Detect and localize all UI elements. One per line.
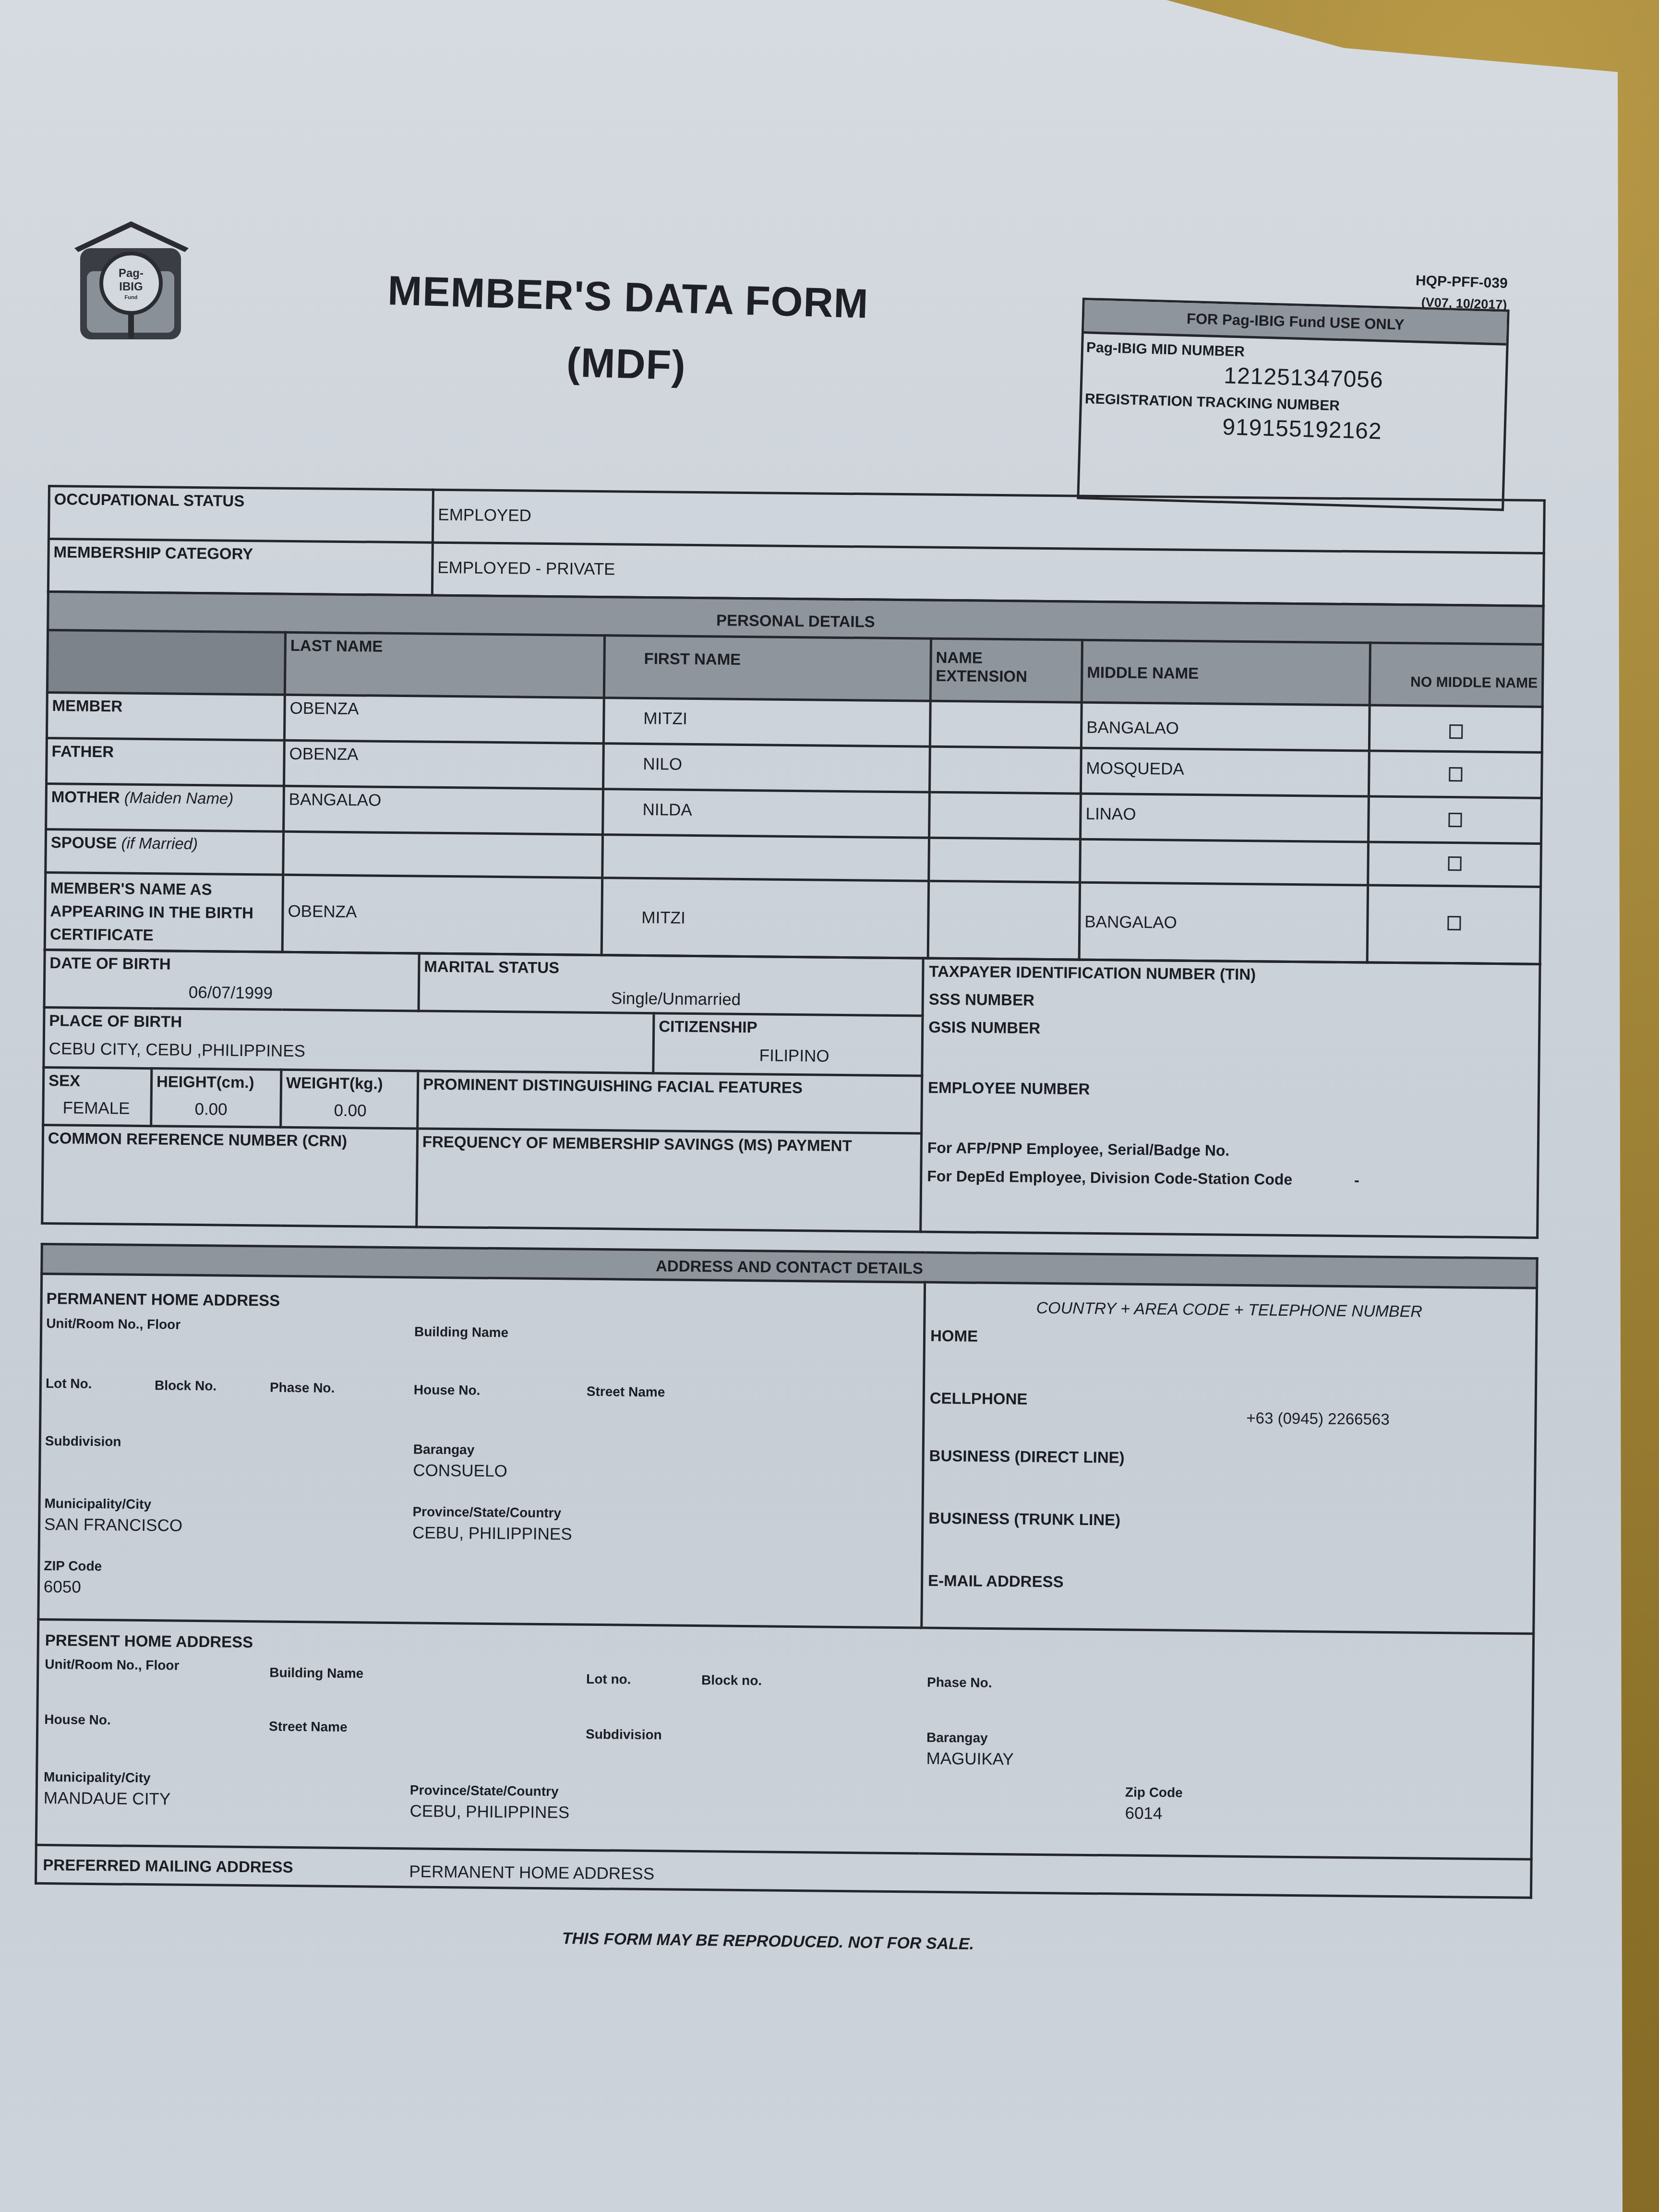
deped-value[interactable]: - <box>1354 1171 1359 1189</box>
personal-details-table: PERSONAL DETAILS LAST NAME FIRST NAME NA… <box>44 590 1545 965</box>
height-cell: HEIGHT(cm.) 0.00 <box>151 1069 281 1128</box>
citizenship-label: CITIZENSHIP <box>659 1017 917 1038</box>
sex-cell: SEX FEMALE <box>43 1067 152 1126</box>
marital-status-value[interactable]: Single/Unmarried <box>424 976 918 1011</box>
paper-form: Pag- IBIG Fund MEMBER'S DATA FORM (MDF) … <box>0 0 1623 2212</box>
citizenship-value[interactable]: FILIPINO <box>659 1035 918 1067</box>
bc-first-name[interactable]: MITZI <box>601 878 929 959</box>
title-abbreviation: (MDF) <box>361 333 890 396</box>
no-middle-name-checkbox-member[interactable] <box>1449 724 1463 739</box>
perm-province-value[interactable]: CEBU, PHILIPPINES <box>412 1523 572 1544</box>
afp-pnp-label: For AFP/PNP Employee, Serial/Badge No. <box>927 1139 1532 1163</box>
pres-province-label: Province/State/Country <box>410 1782 559 1799</box>
col-last-name: LAST NAME <box>285 632 604 697</box>
col-no-middle-name: NO MIDDLE NAME <box>1370 643 1543 707</box>
gsis-label: GSIS NUMBER <box>928 1018 1533 1042</box>
title-main: MEMBER'S DATA FORM <box>387 267 869 327</box>
government-ids-cell: TAXPAYER IDENTIFICATION NUMBER (TIN) SSS… <box>921 958 1540 1238</box>
names-corner <box>47 630 285 695</box>
crn-label: COMMON REFERENCE NUMBER (CRN) <box>48 1129 412 1151</box>
reproduction-notice: THIS FORM MAY BE REPRODUCED. NOT FOR SAL… <box>504 1928 1032 1954</box>
spouse-middle-name[interactable] <box>1080 839 1369 885</box>
bc-middle-name[interactable]: BANGALAO <box>1079 882 1368 962</box>
perm-zip-value[interactable]: 6050 <box>44 1577 81 1597</box>
bc-name-extension[interactable] <box>928 881 1080 960</box>
facial-features-cell: PROMINENT DISTINGUISHING FACIAL FEATURES <box>418 1071 922 1133</box>
preferred-mailing-value[interactable]: PERMANENT HOME ADDRESS <box>409 1862 654 1884</box>
svg-text:Pag-: Pag- <box>119 267 144 280</box>
pres-barangay-value[interactable]: MAGUIKAY <box>926 1749 1014 1769</box>
marital-status-cell: MARITAL STATUS Single/Unmarried <box>419 953 923 1016</box>
perm-phase-label: Phase No. <box>270 1380 335 1396</box>
father-last-name[interactable]: OBENZA <box>284 740 604 789</box>
pres-zip-value[interactable]: 6014 <box>1125 1804 1162 1824</box>
weight-value[interactable]: 0.00 <box>286 1092 413 1121</box>
crn-cell: COMMON REFERENCE NUMBER (CRN) <box>42 1125 418 1226</box>
mother-first-name[interactable]: NILDA <box>603 789 930 838</box>
no-middle-name-checkbox-birth-certificate[interactable] <box>1447 916 1461 930</box>
ms-frequency-cell: FREQUENCY OF MEMBERSHIP SAVINGS (MS) PAY… <box>417 1129 922 1232</box>
pres-subdivision-label: Subdivision <box>586 1727 662 1743</box>
sex-label: SEX <box>48 1071 146 1091</box>
pres-municipality-value[interactable]: MANDAUE CITY <box>44 1789 171 1809</box>
pres-unit-label: Unit/Room No., Floor <box>45 1657 179 1673</box>
personal-info-table: DATE OF BIRTH 06/07/1999 MARITAL STATUS … <box>41 949 1541 1239</box>
row-label-spouse: SPOUSE (if Married) <box>46 829 284 875</box>
weight-cell: WEIGHT(kg.) 0.00 <box>281 1070 418 1129</box>
place-of-birth-value[interactable]: CEBU CITY, CEBU ,PHILIPPINES <box>49 1030 649 1064</box>
member-name-extension[interactable] <box>930 701 1082 748</box>
height-label: HEIGHT(cm.) <box>156 1072 276 1092</box>
perm-province-label: Province/State/Country <box>412 1504 561 1521</box>
father-first-name[interactable]: NILO <box>603 744 930 793</box>
permanent-address-title: PERMANENT HOME ADDRESS <box>47 1289 280 1310</box>
place-of-birth-cell: PLACE OF BIRTH CEBU CITY, CEBU ,PHILIPPI… <box>44 1007 654 1073</box>
pres-municipality-label: Municipality/City <box>44 1769 151 1786</box>
row-label-father: FATHER <box>47 738 285 786</box>
no-middle-name-checkbox-mother[interactable] <box>1448 813 1462 827</box>
occupational-status-label: OCCUPATIONAL STATUS <box>48 486 433 543</box>
perm-barangay-label: Barangay <box>413 1442 475 1457</box>
tin-label: TAXPAYER IDENTIFICATION NUMBER (TIN) <box>929 962 1534 986</box>
weight-label: WEIGHT(kg.) <box>286 1074 413 1094</box>
permanent-address-cell: PERMANENT HOME ADDRESS Unit/Room No., Fl… <box>38 1274 925 1628</box>
col-name-extension: NAME EXTENSION <box>930 638 1082 702</box>
perm-street-label: Street Name <box>587 1384 665 1400</box>
spouse-name-extension[interactable] <box>929 838 1081 882</box>
col-middle-name: MIDDLE NAME <box>1082 640 1370 705</box>
pres-lot-label: Lot no. <box>586 1671 631 1687</box>
member-data-form: OCCUPATIONAL STATUS EMPLOYED MEMBERSHIP … <box>35 485 1546 1899</box>
perm-house-label: House No. <box>414 1382 481 1398</box>
mother-name-extension[interactable] <box>929 792 1081 839</box>
membership-category-label: MEMBERSHIP CATEGORY <box>48 539 433 596</box>
phone-format-note: COUNTRY + AREA CODE + TELEPHONE NUMBER <box>1036 1299 1422 1322</box>
contact-details-cell: COUNTRY + AREA CODE + TELEPHONE NUMBER H… <box>922 1282 1537 1634</box>
pres-building-label: Building Name <box>269 1665 363 1682</box>
row-label-mother: MOTHER (Maiden Name) <box>46 783 284 831</box>
date-of-birth-label: DATE OF BIRTH <box>49 954 414 975</box>
perm-block-label: Block No. <box>155 1378 216 1394</box>
pres-zip-label: Zip Code <box>1125 1785 1183 1801</box>
spouse-label-note: (if Married) <box>121 834 198 853</box>
bc-last-name[interactable]: OBENZA <box>282 875 602 955</box>
col-first-name: FIRST NAME <box>604 636 931 701</box>
member-middle-name[interactable]: BANGALAO <box>1081 702 1370 751</box>
agency-use-box: FOR Pag-IBIG Fund USE ONLY Pag-IBIG MID … <box>1077 298 1509 511</box>
father-middle-name[interactable]: MOSQUEDA <box>1081 748 1369 796</box>
perm-subdivision-label: Subdivision <box>45 1433 121 1450</box>
date-of-birth-cell: DATE OF BIRTH 06/07/1999 <box>44 950 419 1010</box>
pres-province-value[interactable]: CEBU, PHILIPPINES <box>409 1802 569 1822</box>
pres-street-label: Street Name <box>269 1719 348 1735</box>
pres-block-label: Block no. <box>701 1672 762 1688</box>
height-value[interactable]: 0.00 <box>156 1091 276 1119</box>
facial-features-label: PROMINENT DISTINGUISHING FACIAL FEATURES <box>423 1075 917 1098</box>
sss-label: SSS NUMBER <box>929 990 1534 1014</box>
deped-label: For DepEd Employee, Division Code-Statio… <box>927 1167 1532 1191</box>
home-phone-label: HOME <box>930 1327 978 1346</box>
no-middle-name-checkbox-spouse[interactable] <box>1448 856 1461 871</box>
row-label-birth-certificate: MEMBER'S NAME AS APPEARING IN THE BIRTH … <box>45 872 283 952</box>
perm-lot-label: Lot No. <box>46 1376 92 1392</box>
present-address-cell: PRESENT HOME ADDRESS Unit/Room No., Floo… <box>36 1619 1533 1859</box>
father-name-extension[interactable] <box>929 746 1081 793</box>
spouse-last-name[interactable] <box>283 831 603 878</box>
perm-zip-label: ZIP Code <box>44 1558 102 1574</box>
citizenship-cell: CITIZENSHIP FILIPINO <box>653 1013 923 1076</box>
present-address-title: PRESENT HOME ADDRESS <box>45 1631 253 1651</box>
pres-phase-label: Phase No. <box>927 1675 992 1691</box>
no-middle-name-checkbox-father[interactable] <box>1449 767 1462 781</box>
pres-house-label: House No. <box>44 1712 111 1728</box>
perm-unit-label: Unit/Room No., Floor <box>46 1316 180 1333</box>
svg-text:IBIG: IBIG <box>119 280 143 293</box>
perm-building-label: Building Name <box>414 1324 508 1340</box>
mother-last-name[interactable]: BANGALAO <box>284 786 603 834</box>
ms-frequency-label: FREQUENCY OF MEMBERSHIP SAVINGS (MS) PAY… <box>422 1133 916 1156</box>
date-of-birth-value[interactable]: 06/07/1999 <box>49 972 414 1004</box>
employee-number-label: EMPLOYEE NUMBER <box>928 1079 1533 1103</box>
svg-text:Fund: Fund <box>125 295 138 301</box>
pres-barangay-label: Barangay <box>926 1730 988 1746</box>
cellphone-value[interactable]: +63 (0945) 2266563 <box>1246 1409 1390 1429</box>
membership-table: OCCUPATIONAL STATUS EMPLOYED MEMBERSHIP … <box>47 485 1546 607</box>
sex-value[interactable]: FEMALE <box>48 1090 146 1118</box>
cellphone-label: CELLPHONE <box>930 1389 1028 1408</box>
perm-municipality-label: Municipality/City <box>44 1496 151 1512</box>
form-title: MEMBER'S DATA FORM (MDF) <box>361 266 892 396</box>
email-label: E-MAIL ADDRESS <box>928 1572 1064 1591</box>
business-direct-label: BUSINESS (DIRECT LINE) <box>929 1447 1124 1467</box>
row-label-member: MEMBER <box>47 693 285 741</box>
perm-municipality-value[interactable]: SAN FRANCISCO <box>44 1515 182 1536</box>
perm-barangay-value[interactable]: CONSUELO <box>413 1461 507 1481</box>
address-contact-table: ADDRESS AND CONTACT DETAILS PERMANENT HO… <box>35 1243 1539 1899</box>
preferred-mailing-label: PREFERRED MAILING ADDRESS <box>43 1856 293 1876</box>
business-trunk-label: BUSINESS (TRUNK LINE) <box>928 1509 1120 1529</box>
member-first-name[interactable]: MITZI <box>603 698 930 747</box>
mother-middle-name[interactable]: LINAO <box>1081 793 1369 842</box>
spouse-first-name[interactable] <box>602 835 929 881</box>
mother-label-note: (Maiden Name) <box>124 789 234 807</box>
pag-ibig-logo: Pag- IBIG Fund <box>70 218 192 343</box>
member-last-name[interactable]: OBENZA <box>284 695 604 743</box>
